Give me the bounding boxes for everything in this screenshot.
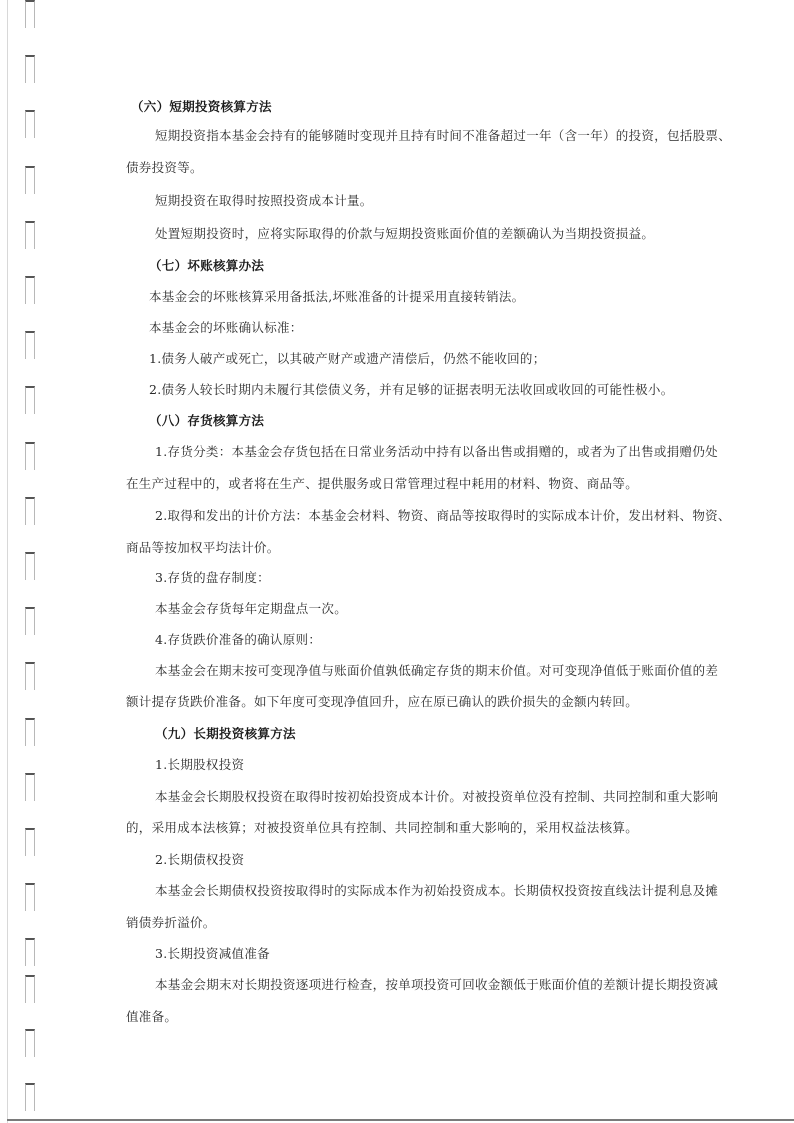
paragraph-line: 在生产过程中的，或者将在生产、提供服务或日常管理过程中耗用的材料、物资、商品等。 xyxy=(126,476,638,492)
paragraph-line: 本基金会的坏账确认标准： xyxy=(149,320,303,336)
paragraph-line: 商品等按加权平均法计价。 xyxy=(126,540,280,556)
binding-mark xyxy=(25,1083,35,1111)
page-bottom-edge xyxy=(7,1119,794,1121)
paragraph-line: 短期投资指本基金会持有的能够随时变现并且持有时间不准备超过一年（含一年）的投资，… xyxy=(155,128,731,144)
paragraph-line: 销债券折溢价。 xyxy=(126,915,216,931)
paragraph-line: 2.债务人较长时期内未履行其偿债义务，并有足够的证据表明无法收回或收回的可能性极… xyxy=(149,382,674,398)
paragraph-line: 处置短期投资时，应将实际取得的价款与短期投资账面价值的差额确认为当期投资损益。 xyxy=(155,226,654,242)
binding-mark xyxy=(25,110,35,138)
binding-mark xyxy=(25,773,35,801)
paragraph-line: 债券投资等。 xyxy=(126,160,203,176)
binding-mark xyxy=(25,55,35,83)
binding-mark xyxy=(25,221,35,249)
binding-mark xyxy=(25,0,35,28)
paragraph-line: 本基金会存货每年定期盘点一次。 xyxy=(155,601,347,617)
section-heading-bad-debt: （七）坏账核算办法 xyxy=(149,258,264,274)
binding-mark xyxy=(25,662,35,690)
paragraph-line: 短期投资在取得时按照投资成本计量。 xyxy=(155,193,373,209)
binding-mark xyxy=(25,276,35,304)
paragraph-line: 值准备。 xyxy=(126,1009,177,1025)
paragraph-line: 本基金会的坏账核算采用备抵法,坏账准备的计提采用直接转销法。 xyxy=(149,289,524,305)
paragraph-line: 1.长期股权投资 xyxy=(155,757,244,773)
paragraph-line: 额计提存货跌价准备。如下年度可变现净值回升，应在原已确认的跌价损失的金额内转回。 xyxy=(126,694,638,710)
paragraph-line: 3.长期投资减值准备 xyxy=(155,946,270,962)
binding-mark xyxy=(25,1029,35,1057)
paragraph-line: 本基金会长期债权投资按取得时的实际成本作为初始投资成本。长期债权投资按直线法计提… xyxy=(155,883,718,899)
paragraph-line: 2.长期债权投资 xyxy=(155,852,244,868)
section-heading-short-term-investment: （六）短期投资核算方法 xyxy=(131,99,272,115)
binding-mark xyxy=(25,938,35,966)
section-heading-long-term-investment: （九）长期投资核算方法 xyxy=(155,726,296,742)
paragraph-line: 3.存货的盘存制度： xyxy=(155,570,270,586)
binding-mark xyxy=(25,331,35,359)
binding-mark xyxy=(25,386,35,414)
binding-mark xyxy=(25,497,35,525)
section-heading-inventory: （八）存货核算方法 xyxy=(149,413,264,429)
binding-mark xyxy=(25,552,35,580)
paragraph-line: 4.存货跌价准备的确认原则： xyxy=(155,632,321,648)
binding-mark xyxy=(25,883,35,911)
binding-mark xyxy=(25,975,35,1003)
paragraph-line: 1.债务人破产或死亡，以其破产财产或遗产清偿后，仍然不能收回的； xyxy=(149,351,546,367)
binding-mark xyxy=(25,166,35,194)
binding-mark xyxy=(25,718,35,746)
paragraph-line: 本基金会在期末按可变现净值与账面价值孰低确定存货的期末价值。对可变现净值低于账面… xyxy=(155,663,718,679)
page-edge-line xyxy=(7,0,8,1123)
binding-mark xyxy=(25,607,35,635)
paragraph-line: 2.取得和发出的计价方法：本基金会材料、物资、商品等按取得时的实际成本计价，发出… xyxy=(155,508,731,524)
paragraph-line: 1.存货分类：本基金会存货包括在日常业务活动中持有以备出售或捐赠的，或者为了出售… xyxy=(155,444,718,460)
paragraph-line: 本基金会期末对长期投资逐项进行检查，按单项投资可回收金额低于账面价值的差额计提长… xyxy=(155,977,718,993)
binding-mark xyxy=(25,442,35,470)
paragraph-line: 本基金会长期股权投资在取得时按初始投资成本计价。对被投资单位没有控制、共同控制和… xyxy=(155,789,718,805)
binding-mark xyxy=(25,828,35,856)
paragraph-line: 的，采用成本法核算；对被投资单位具有控制、共同控制和重大影响的，采用权益法核算。 xyxy=(126,820,638,836)
